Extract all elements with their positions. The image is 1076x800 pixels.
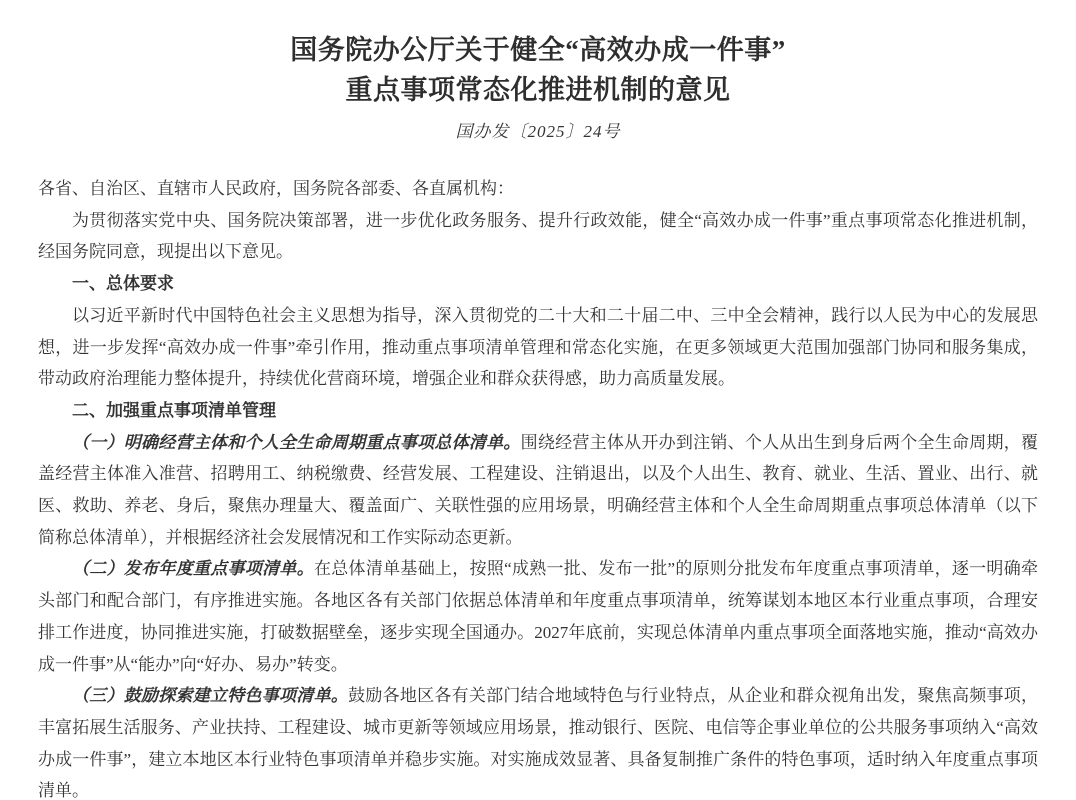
section-2-item-3: （三）鼓励探索建立特色事项清单。鼓励各地区各有关部门结合地域特色与行业特点，从企… — [38, 680, 1038, 800]
section-2-item-3-lead: （三）鼓励探索建立特色事项清单。 — [72, 686, 348, 705]
title-line-2: 重点事项常态化推进机制的意见 — [346, 75, 731, 105]
document-page: 国务院办公厅关于健全“高效办成一件事” 重点事项常态化推进机制的意见 国办发〔2… — [0, 0, 1076, 800]
section-2-item-1: （一）明确经营主体和个人全生命周期重点事项总体清单。围绕经营主体从开办到注销、个… — [38, 427, 1038, 554]
document-title: 国务院办公厅关于健全“高效办成一件事” 重点事项常态化推进机制的意见 — [38, 30, 1038, 110]
document-number: 国办发〔2025〕24号 — [38, 117, 1038, 142]
section-1-paragraph: 以习近平新时代中国特色社会主义思想为指导，深入贯彻党的二十大和二十届二中、三中全… — [38, 300, 1038, 395]
section-2-item-2-lead: （二）发布年度重点事项清单。 — [72, 559, 314, 578]
salutation: 各省、自治区、直辖市人民政府，国务院各部委、各直属机构： — [38, 173, 1038, 205]
section-2-item-2: （二）发布年度重点事项清单。在总体清单基础上，按照“成熟一批、发布一批”的原则分… — [38, 553, 1038, 680]
title-line-1: 国务院办公厅关于健全“高效办成一件事” — [290, 35, 786, 65]
section-heading-2: 二、加强重点事项清单管理 — [38, 395, 1038, 427]
intro-paragraph: 为贯彻落实党中央、国务院决策部署，进一步优化政务服务、提升行政效能，健全“高效办… — [38, 205, 1038, 268]
section-heading-1: 一、总体要求 — [38, 268, 1038, 300]
document-body: 各省、自治区、直辖市人民政府，国务院各部委、各直属机构： 为贯彻落实党中央、国务… — [38, 173, 1038, 800]
section-2-item-1-lead: （一）明确经营主体和个人全生命周期重点事项总体清单。 — [72, 433, 521, 452]
